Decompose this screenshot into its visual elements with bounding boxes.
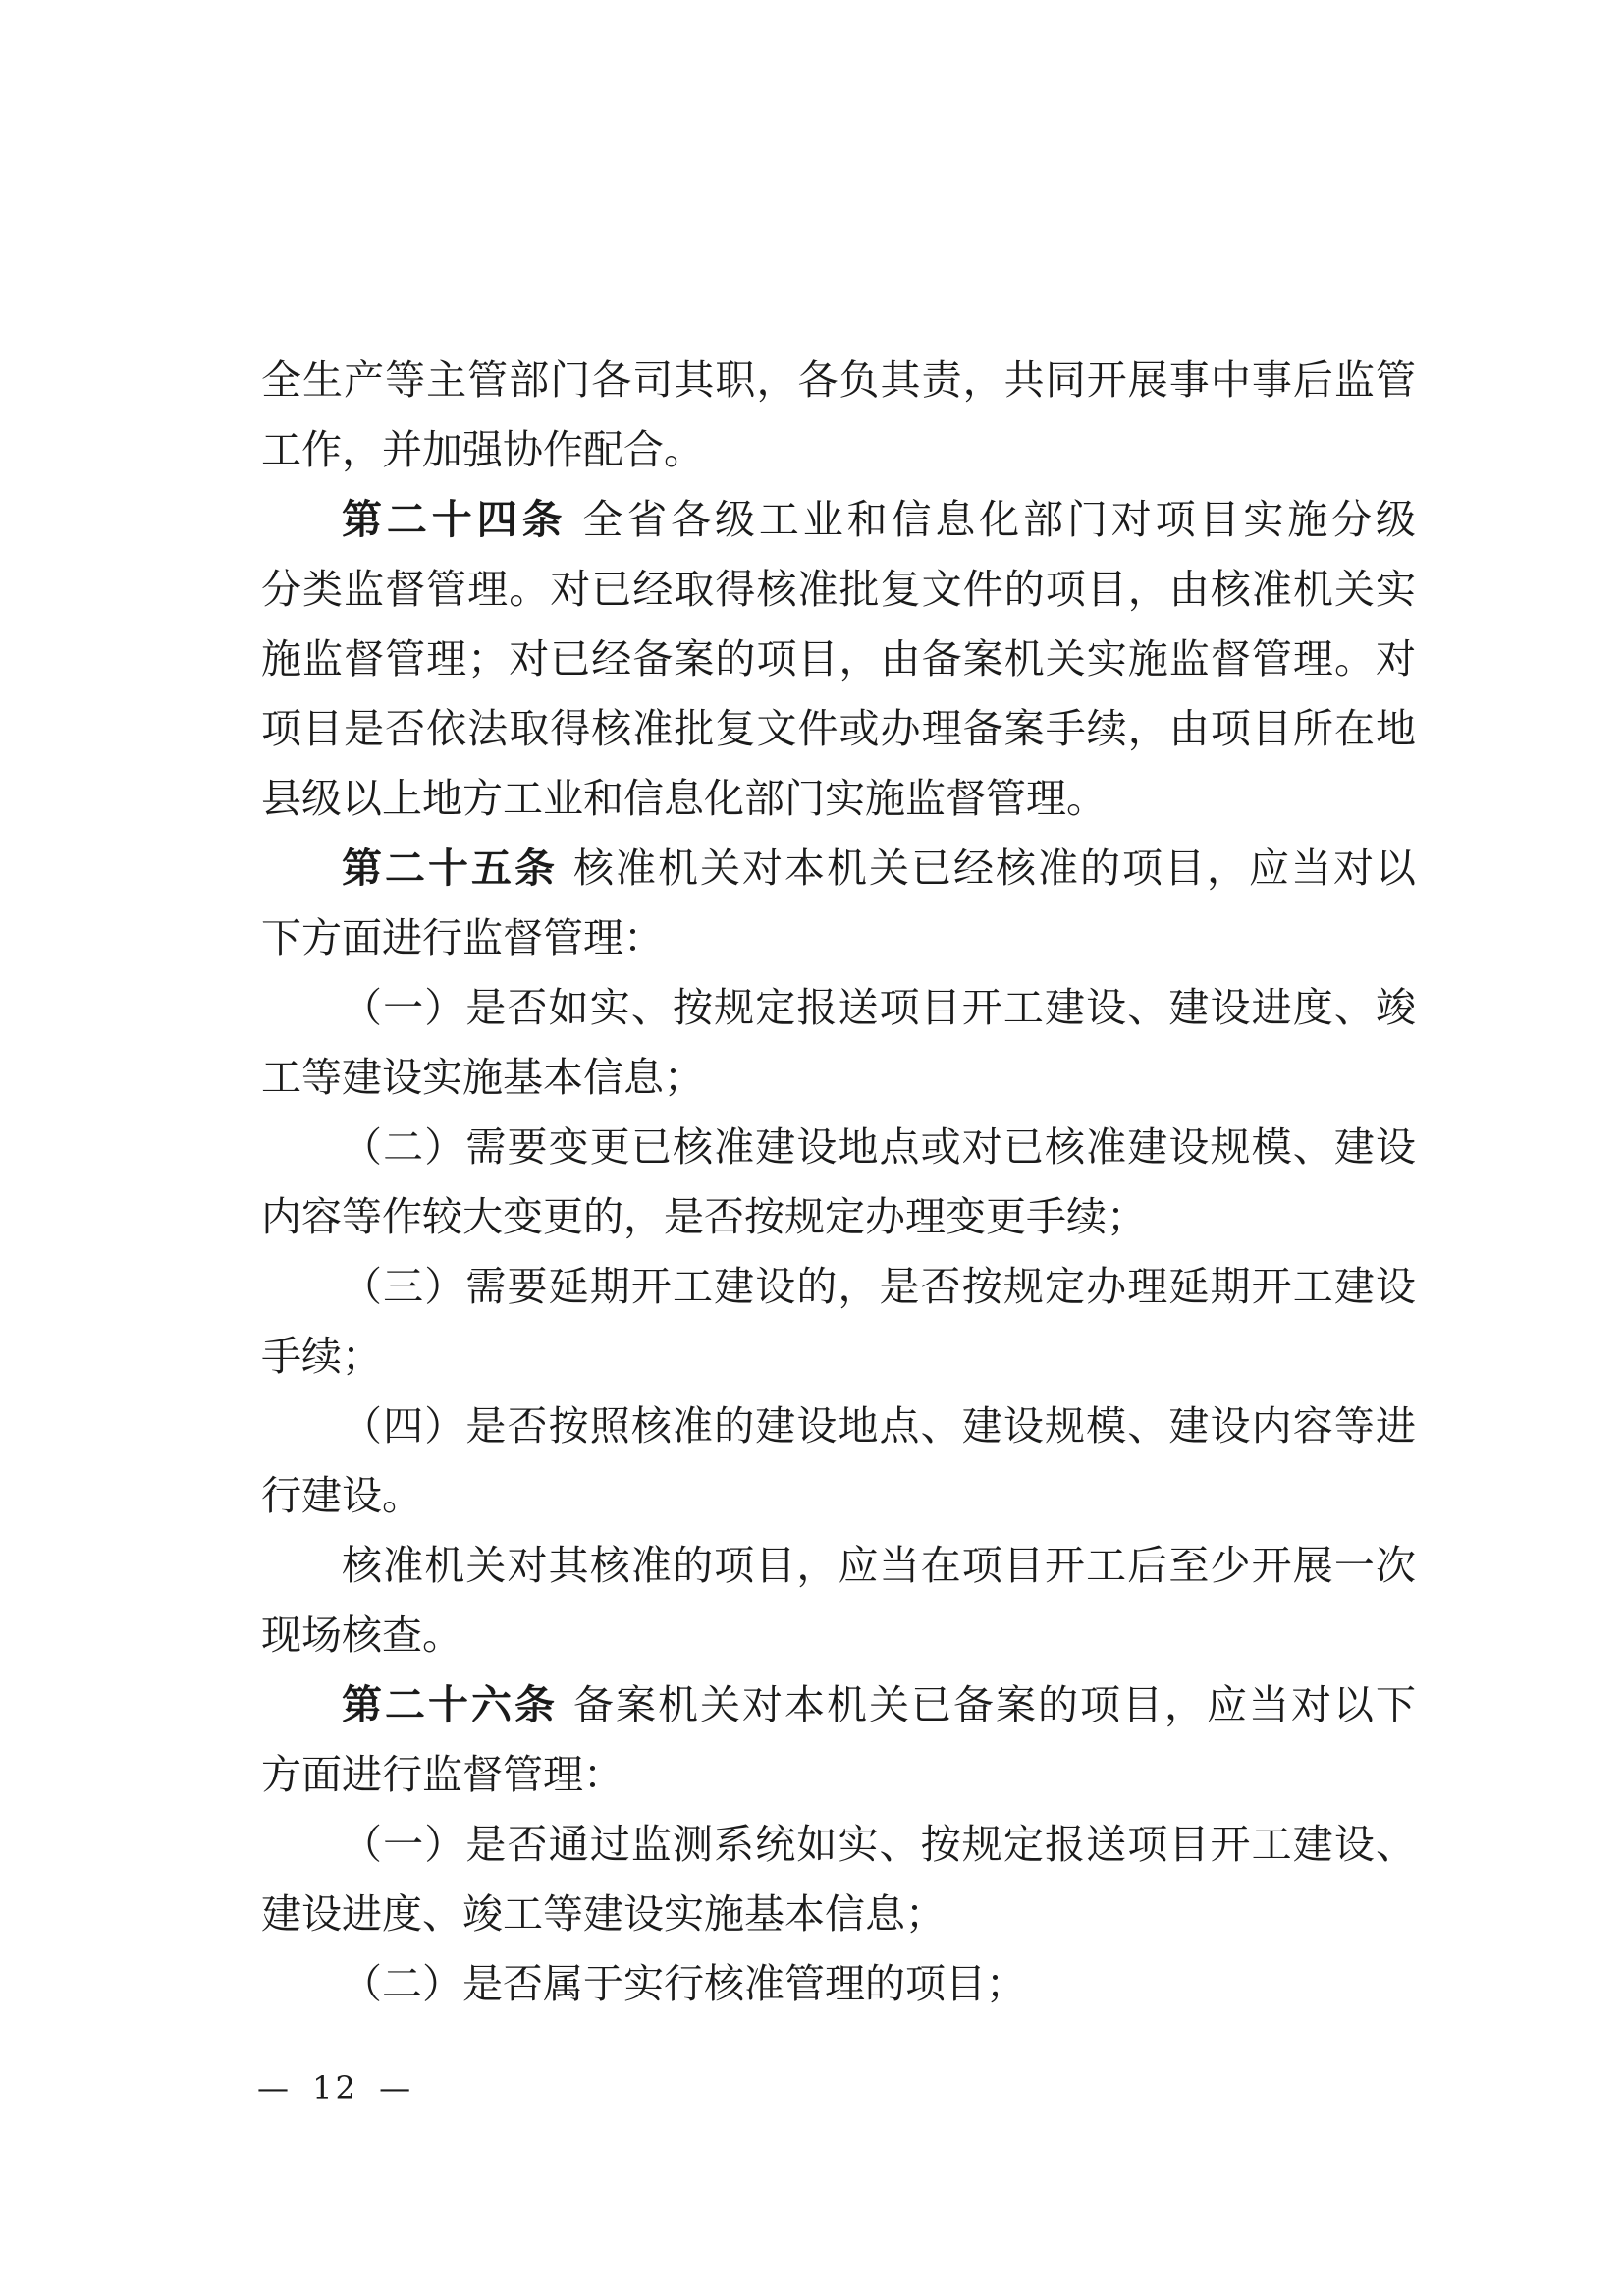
line-text: （一）是否通过监测系统如实、按规定报送项目开工建设、 [342, 1821, 1416, 1868]
text-line: （四）是否按照核准的建设地点、建设规模、建设内容等进 [261, 1392, 1416, 1461]
text-line: 工作，并加强协作配合。 [261, 415, 1416, 485]
article-number: 第二十四条 [342, 496, 567, 543]
line-text: 方面进行监督管理： [261, 1751, 623, 1798]
line-text: 施监督管理；对已经备案的项目，由备案机关实施监督管理。对 [261, 635, 1416, 683]
text-line: 项目是否依法取得核准批复文件或办理备案手续，由项目所在地 [261, 694, 1416, 764]
article-heading-line: 第二十六条备案机关对本机关已备案的项目，应当对以下 [261, 1670, 1416, 1740]
text-line: 方面进行监督管理： [261, 1740, 1416, 1810]
document-page: 全生产等主管部门各司其职，各负其责，共同开展事中事后监管工作，并加强协作配合。第… [0, 0, 1623, 2296]
text-line: 施监督管理；对已经备案的项目，由备案机关实施监督管理。对 [261, 625, 1416, 694]
text-line: 下方面进行监督管理： [261, 903, 1416, 973]
article-number: 第二十六条 [342, 1681, 558, 1728]
line-text: 手续； [261, 1333, 382, 1380]
line-text: 现场核查。 [261, 1612, 462, 1659]
article-heading-line: 第二十四条全省各级工业和信息化部门对项目实施分级 [261, 485, 1416, 555]
line-text: 分类监督管理。对已经取得核准批复文件的项目，由核准机关实 [261, 566, 1416, 613]
text-line: （二）是否属于实行核准管理的项目； [261, 1949, 1416, 2019]
page-number: — 12 — [257, 2068, 413, 2107]
text-line: （三）需要延期开工建设的，是否按规定办理延期开工建设 [261, 1252, 1416, 1322]
line-text: 行建设。 [261, 1472, 422, 1519]
text-line: 手续； [261, 1322, 1416, 1392]
text-line: 现场核查。 [261, 1601, 1416, 1670]
text-line: （一）是否如实、按规定报送项目开工建设、建设进度、竣 [261, 973, 1416, 1043]
line-text: 工等建设实施基本信息； [261, 1054, 704, 1101]
text-line: 全生产等主管部门各司其职，各负其责，共同开展事中事后监管 [261, 346, 1416, 415]
line-text: 内容等作较大变更的，是否按规定办理变更手续； [261, 1193, 1147, 1240]
line-text: 备案机关对本机关已备案的项目，应当对以下 [573, 1681, 1416, 1728]
line-text: （四）是否按照核准的建设地点、建设规模、建设内容等进 [342, 1402, 1416, 1449]
text-line: 工等建设实施基本信息； [261, 1043, 1416, 1113]
text-line: 行建设。 [261, 1461, 1416, 1531]
article-number: 第二十五条 [342, 845, 558, 892]
text-line: 县级以上地方工业和信息化部门实施监督管理。 [261, 764, 1416, 834]
article-heading-line: 第二十五条核准机关对本机关已经核准的项目，应当对以 [261, 834, 1416, 903]
line-text: （三）需要延期开工建设的，是否按规定办理延期开工建设 [342, 1263, 1416, 1310]
line-text: 下方面进行监督管理： [261, 914, 664, 961]
document-body: 全生产等主管部门各司其职，各负其责，共同开展事中事后监管工作，并加强协作配合。第… [261, 346, 1416, 2019]
text-line: 分类监督管理。对已经取得核准批复文件的项目，由核准机关实 [261, 555, 1416, 625]
line-text: 建设进度、竣工等建设实施基本信息； [261, 1890, 946, 1938]
line-text: 工作，并加强协作配合。 [261, 426, 704, 473]
line-text: 全生产等主管部门各司其职，各负其责，共同开展事中事后监管 [261, 356, 1416, 404]
line-text: （二）是否属于实行核准管理的项目； [342, 1960, 1026, 2007]
line-text: 项目是否依法取得核准批复文件或办理备案手续，由项目所在地 [261, 705, 1416, 752]
line-text: （二）需要变更已核准建设地点或对已核准建设规模、建设 [342, 1123, 1416, 1171]
text-line: （二）需要变更已核准建设地点或对已核准建设规模、建设 [261, 1113, 1416, 1182]
line-text: 全省各级工业和信息化部门对项目实施分级 [582, 496, 1416, 543]
line-text: 县级以上地方工业和信息化部门实施监督管理。 [261, 775, 1107, 822]
text-line: （一）是否通过监测系统如实、按规定报送项目开工建设、 [261, 1810, 1416, 1880]
text-line: 核准机关对其核准的项目，应当在项目开工后至少开展一次 [261, 1531, 1416, 1601]
line-text: （一）是否如实、按规定报送项目开工建设、建设进度、竣 [342, 984, 1416, 1031]
line-text: 核准机关对本机关已经核准的项目，应当对以 [573, 845, 1416, 892]
text-line: 内容等作较大变更的，是否按规定办理变更手续； [261, 1182, 1416, 1252]
line-text: 核准机关对其核准的项目，应当在项目开工后至少开展一次 [342, 1542, 1416, 1589]
text-line: 建设进度、竣工等建设实施基本信息； [261, 1880, 1416, 1949]
